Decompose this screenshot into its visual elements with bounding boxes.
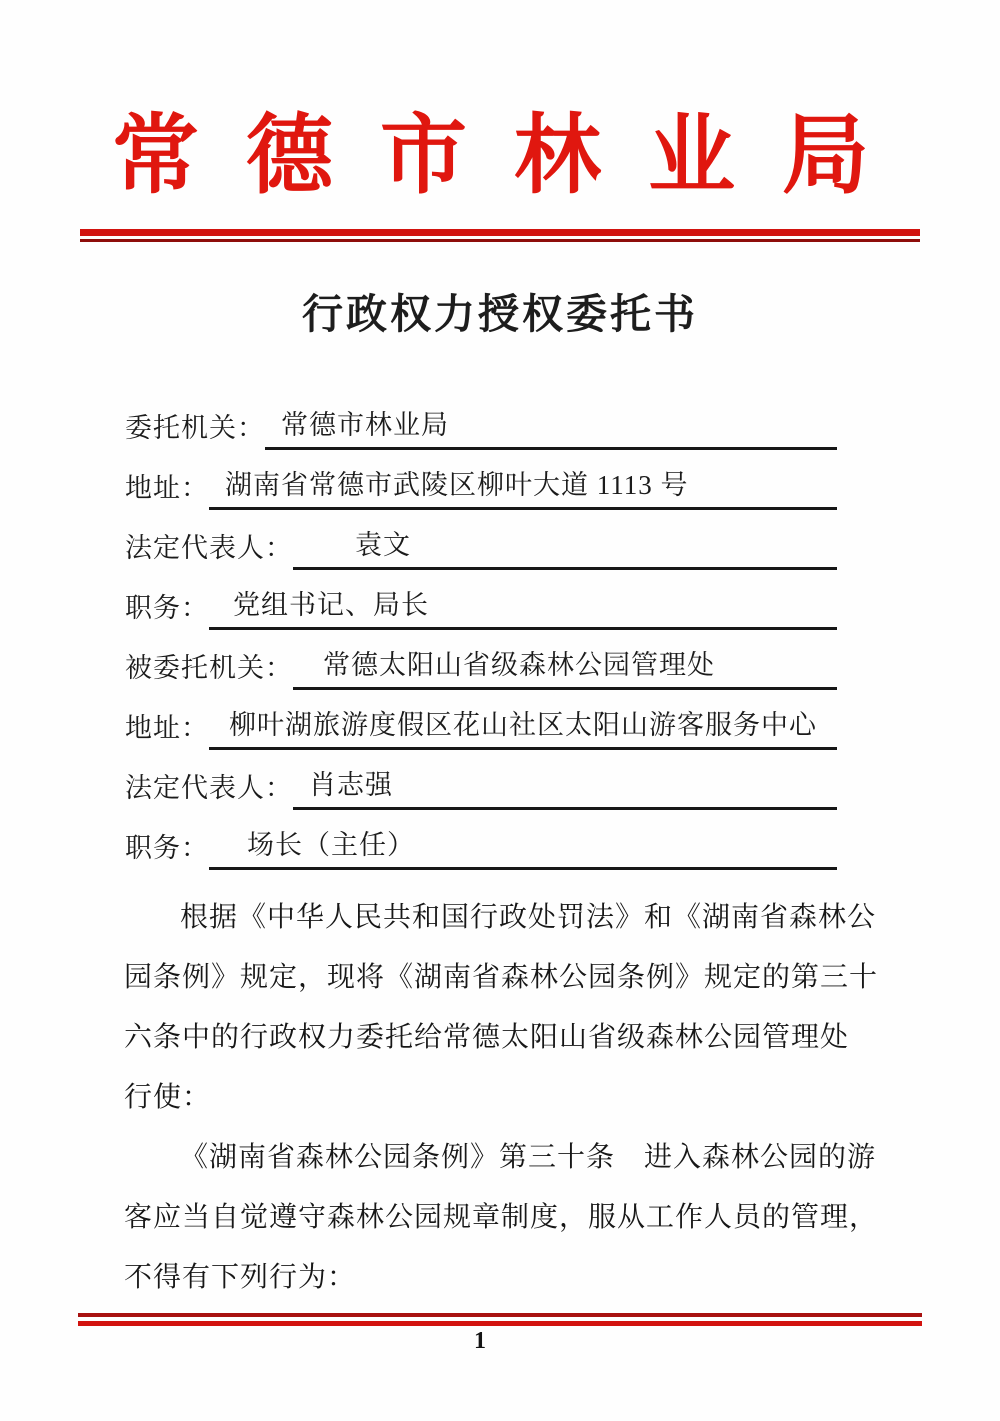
field-label: 法定代表人： [125, 766, 293, 810]
field-row-position-2: 职务： 场长（主任） [125, 810, 837, 870]
field-value: 党组书记、局长 [209, 583, 837, 630]
field-label: 地址： [125, 466, 209, 510]
field-value: 袁文 [293, 523, 837, 570]
field-value: 肖志强 [293, 763, 837, 810]
document-title: 行政权力授权委托书 [0, 281, 1000, 340]
field-label: 委托机关： [125, 406, 265, 450]
footer-red-divider [78, 1313, 922, 1326]
field-row-legal-representative-2: 法定代表人： 肖志强 [125, 750, 837, 810]
field-row-position-1: 职务： 党组书记、局长 [125, 570, 837, 630]
header-red-divider [80, 229, 920, 242]
field-label: 职务： [125, 826, 209, 870]
paragraph-legal-basis: 根据《中华人民共和国行政处罚法》和《湖南省森林公 园条例》规定，现将《湖南省森林… [124, 888, 882, 1128]
field-row-address-2: 地址： 柳叶湖旅游度假区花山社区太阳山游客服务中心 [125, 690, 837, 750]
body-text-section: 根据《中华人民共和国行政处罚法》和《湖南省森林公 园条例》规定，现将《湖南省森林… [124, 888, 882, 1308]
field-label: 被委托机关： [125, 646, 293, 690]
form-fields-section: 委托机关： 常德市林业局 地址： 湖南省常德市武陵区柳叶大道 1113 号 法定… [125, 390, 837, 870]
field-label: 职务： [125, 586, 209, 630]
divider-thick-line [78, 1321, 922, 1326]
scanned-document-page: 常德市林业局 行政权力授权委托书 委托机关： 常德市林业局 地址： 湖南省常德市… [0, 0, 1000, 1421]
field-value: 柳叶湖旅游度假区花山社区太阳山游客服务中心 [209, 703, 837, 750]
field-row-entrusted-agency: 被委托机关： 常德太阳山省级森林公园管理处 [125, 630, 837, 690]
paragraph-article-30: 《湖南省森林公园条例》第三十条 进入森林公园的游 客应当自觉遵守森林公园规章制度… [124, 1128, 882, 1308]
field-label: 地址： [125, 706, 209, 750]
divider-thin-line [80, 239, 920, 242]
field-row-address-1: 地址： 湖南省常德市武陵区柳叶大道 1113 号 [125, 450, 837, 510]
field-value: 常德太阳山省级森林公园管理处 [293, 643, 837, 690]
page-number: 1 [0, 1328, 960, 1355]
agency-letterhead: 常德市林业局 [0, 106, 1000, 206]
field-row-entrusting-agency: 委托机关： 常德市林业局 [125, 390, 837, 450]
field-value: 常德市林业局 [265, 403, 837, 450]
divider-thick-line [80, 229, 920, 236]
field-label: 法定代表人： [125, 526, 293, 570]
field-value: 湖南省常德市武陵区柳叶大道 1113 号 [209, 463, 837, 510]
field-row-legal-representative-1: 法定代表人： 袁文 [125, 510, 837, 570]
field-value: 场长（主任） [209, 823, 837, 870]
